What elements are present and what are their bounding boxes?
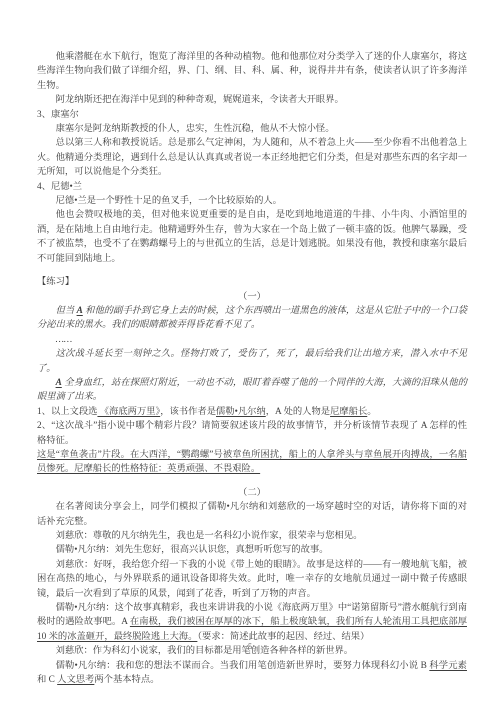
paragraph-ned-2: 他也会赞叹极地的美，但对他来说更重要的是自由，是吃到地地道道的牛排、小牛肉、小酒… bbox=[37, 208, 467, 266]
answer-humanistic-thinking: 人文思考 bbox=[57, 675, 94, 685]
dialogue-verne-1: 儒勒•凡尔纳：刘先生您好，很高兴认识您，真想听听您写的故事。 bbox=[37, 543, 467, 557]
question-text: ，该书作者是 bbox=[160, 407, 216, 417]
paragraph-conseil-2: 总以第三人称和教授说话。总是那么气定神闲，为人随和，从不着急上火——至少你看不出… bbox=[37, 136, 467, 179]
part2-title: （二） bbox=[37, 486, 467, 500]
excerpt-text: 和他的副手扑到它身上去的时候，这个东西喷出一道黑色的液体，这是从它肚子中的一个口… bbox=[37, 306, 467, 330]
excerpt-paragraph-2: 这次战斗延长至一刻钟之久。怪物打败了，受伤了，死了，最后给我们让出地方来，潜入水… bbox=[37, 347, 467, 376]
question-text: 。 bbox=[367, 407, 376, 417]
excerpt-paragraph-1: 但当 A 和他的副手扑到它身上去的时候，这个东西喷出一道黑色的液体，这是从它肚子… bbox=[37, 304, 467, 333]
question-1: 1、以上文段选 《海底两万里》，该书作者是儒勒•凡尔纳，A 处的人物是尼摩船长。 bbox=[37, 405, 467, 419]
question-text: 1、以上文段选 bbox=[37, 407, 97, 417]
page-number: 5 bbox=[0, 641, 500, 653]
paragraph-ned-1: 尼德•兰是一个野性十足的鱼叉手，一个比较原始的人。 bbox=[37, 194, 467, 208]
section-heading-ned-land: 4、尼德•兰 bbox=[37, 180, 467, 194]
part2-intro: 在名著阅读分享会上，同学们模拟了儒勒•凡尔纳和刘慈欣的一场穿越时空的对话，请你将… bbox=[37, 500, 467, 529]
answer-character: 尼摩船长 bbox=[330, 407, 367, 417]
excerpt-text: 但当 bbox=[56, 306, 77, 316]
excerpt-text: 全身血红，站在探照灯附近，一动也不动，眼盯着吞噬了他的一个同伴的大海，大滴的泪珠… bbox=[37, 378, 467, 402]
dialogue-liu-1: 刘慈欣：尊敬的凡尔纳先生，我也是一名科幻小说作家，很荣幸与您相见。 bbox=[37, 529, 467, 543]
paragraph-conseil-1: 康塞尔是阿龙纳斯教授的仆人，忠实，生性沉稳，他从不大惊小怪。 bbox=[37, 122, 467, 136]
answer-book-title: 《海底两万里》 bbox=[97, 407, 160, 417]
dialogue-liu-2: 刘慈欣：好呀，我给您介绍一下我的小说《带上她的眼睛》。故事是这样的——有一艘地航… bbox=[37, 558, 467, 601]
dialogue-verne-2: 儒勒•凡尔纳：这个故事真精彩，我也来讲讲我的小说《海底两万里》中“诺第留斯号”潜… bbox=[37, 601, 467, 644]
excerpt-ellipsis: …… bbox=[37, 333, 467, 347]
dialogue-verne-3: 儒勒•凡尔纳：我和您的想法不谋而合。当我们用笔创造新世界时，要努力体现科幻小说 … bbox=[37, 659, 467, 688]
dialogue-text: 儒勒•凡尔纳：我和您的想法不谋而合。当我们用笔创造新世界时，要努力体现科幻小说 … bbox=[56, 661, 430, 671]
paragraph-aronnax-wonders: 阿龙纳斯还把在海洋中见到的种种奇观，娓娓道来，令读者大开眼界。 bbox=[37, 93, 467, 107]
part1-title: （一） bbox=[37, 290, 467, 304]
exercise-heading: 【练习】 bbox=[37, 275, 467, 289]
answer-science-element: 科学元素 bbox=[429, 661, 467, 671]
question-2: 2、“这次战斗”指小说中哪个精彩片段？请简要叙述该片段的故事情节，并分析该情节表… bbox=[37, 419, 467, 448]
section-heading-conseil: 3、康塞尔 bbox=[37, 108, 467, 122]
dialogue-text: 和 C bbox=[37, 675, 57, 685]
paragraph-submarine-tour: 他乘潜艇在水下航行，饱览了海洋里的各种动植物。他和他那位对分类学入了迷的仆人康塞… bbox=[37, 50, 467, 93]
document-page: 他乘潜艇在水下航行，饱览了海洋里的各种动植物。他和他那位对分类学入了迷的仆人康塞… bbox=[0, 0, 500, 707]
question-2-answer: 这是“章鱼袭击”片段。在大西洋，“鹦鹉螺”号被章鱼所困扰，船上的人拿斧头与章鱼展… bbox=[37, 448, 467, 477]
question-text: ，A 处的人物是 bbox=[266, 407, 330, 417]
dialogue-text: 两个基本特点。 bbox=[94, 675, 159, 685]
excerpt-paragraph-3: A 全身血红，站在探照灯附近，一动也不动，眼盯着吞噬了他的一个同伴的大海，大滴的… bbox=[37, 376, 467, 405]
answer-author: 儒勒•凡尔纳 bbox=[216, 407, 266, 417]
